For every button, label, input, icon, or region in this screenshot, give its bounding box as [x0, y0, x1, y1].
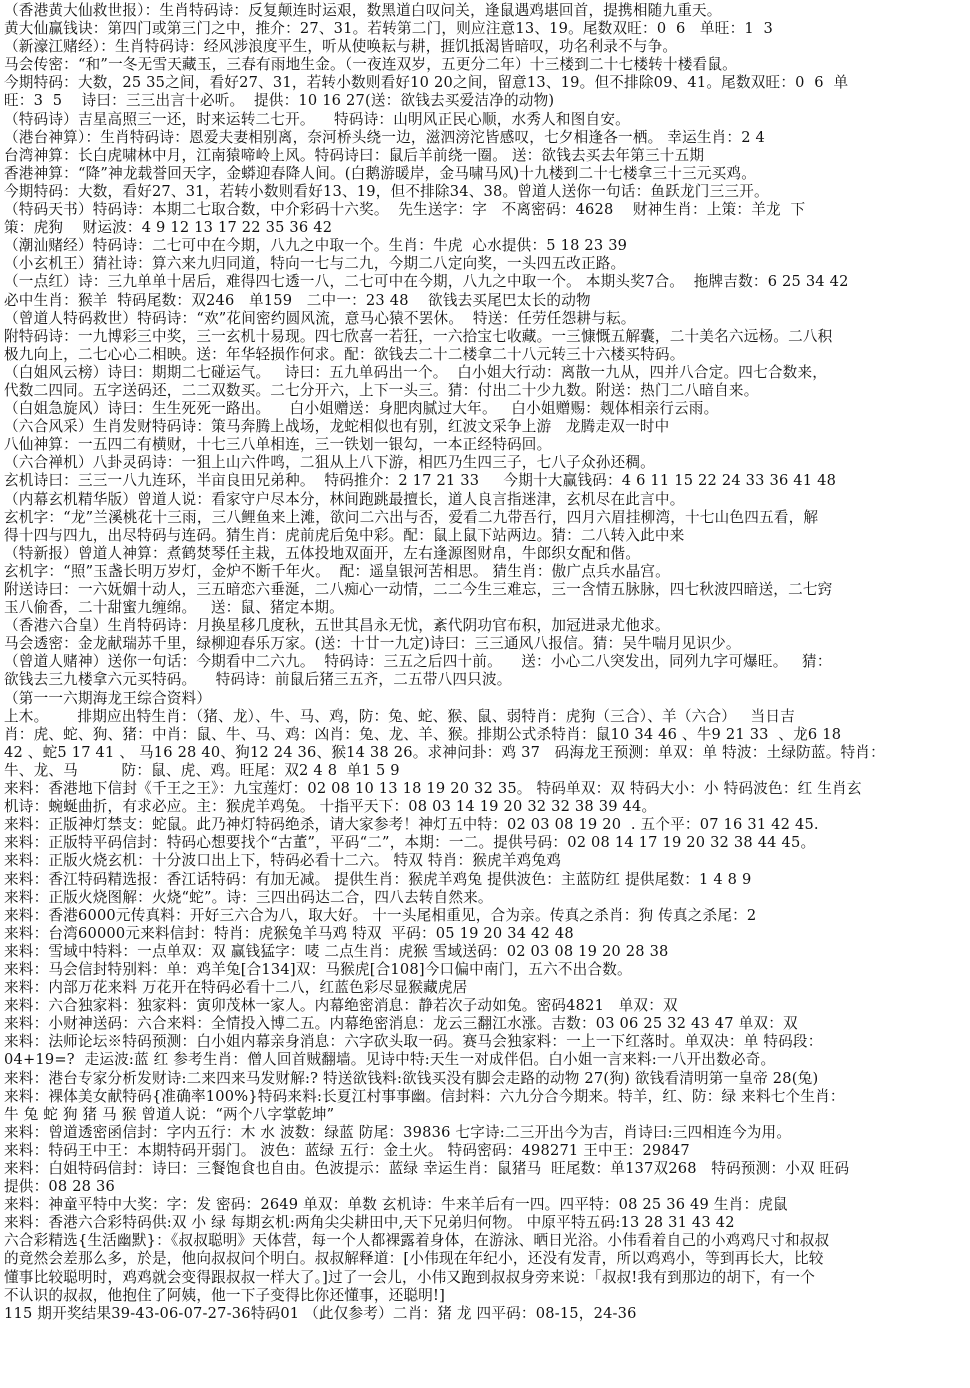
- draw-result-line: [4, 1359, 970, 1377]
- text-line: 欲钱去三九楼拿六元买特码。 特码诗：前鼠后猪三五齐，二五带八四只波。: [4, 671, 970, 689]
- text-line: 来料：小财神送码：六合来料：全情投入博二五。内幕绝密消息：龙云三翻江水涨。吉数：…: [4, 1015, 970, 1033]
- text-line: 香港神算：“降”神龙载誉回天字，金蟒迎春降人间。(白鹅游暖岸，金马啸马风)十九楼…: [4, 165, 970, 183]
- text-line: （特码天书）特码诗：本期二七取合数，中介彩码十六奖。 先生送字：字 不离密码：4…: [4, 201, 970, 219]
- text-line: 来料：香港地下信封《千王之王》：九宝莲灯：02 08 10 13 18 19 2…: [4, 780, 970, 798]
- text-line: 来料：马会信封特别料：单：鸡羊兔[合134]双：马猴虎[合108]今口偏中南门，…: [4, 961, 970, 979]
- text-line: [4, 1341, 970, 1359]
- text-line: 来料：正版特平码信封：特码心想要找个“古董”，平码“二”，本期：一二。提供号码：…: [4, 834, 970, 852]
- text-line: 极九向上，二七心心二相映。送：年华轻损作何求。配：欲钱去二十二楼拿二十八元转三十…: [4, 346, 970, 364]
- text-line: 来料：正版神灯禁支：蛇鼠。此乃神灯特码绝杀，请大家参考！神灯五中特：02 03 …: [4, 816, 970, 834]
- text-line: （香港黄大仙救世报）：生肖特码诗：反复颠连时运艰，数黑道白叹问关，逢鼠遇鸡堪回首…: [4, 2, 970, 20]
- text-line: 附送诗曰：一六妩媚十动人，三五暗恋六垂涎，二八痴心一动情，二二今生三难忘，三一含…: [4, 581, 970, 599]
- text-line: 来料：香港六合彩特码供:双 小 绿 每期玄机:两角尖尖耕田中,天下兄弟归何物。 …: [4, 1214, 970, 1232]
- text-line: 来料：曾道透密函信封：字内五行：木 水 波数：绿蓝 防尾：39836 七字诗:二…: [4, 1124, 970, 1142]
- text-line: （潮汕赌经）特码诗：二七可中在今期，八九之中取一个。生肖：牛虎 心水提供：5 1…: [4, 237, 970, 255]
- text-line: 42 、蛇5 17 41 、 马16 28 40、狗12 24 36、猴14 3…: [4, 744, 970, 762]
- text-line: 来料：港台专家分析发财诗:二来四来马发财解:? 特送欲钱料:欲钱买没有脚会走路的…: [4, 1070, 970, 1088]
- text-line: （特新报）曾道人神算：煮鹤焚琴任主栽，五体投地双面开，左右逢源图财帛，牛郎织女配…: [4, 545, 970, 563]
- text-line: 来料：台湾60000元来料信封：特肖：虎猴兔羊马鸡 特双 平码：05 19 20…: [4, 925, 970, 943]
- text-line: 的竟然会差那么多，於是，他向叔叔问个明白。叔叔解释道：[小伟现在年纪小，还没有发…: [4, 1250, 970, 1268]
- text-line: 今期特码：大数，25 35之间，看好27、31，若转小数则看好10 20之间，留…: [4, 74, 970, 92]
- text-line: （曾道人特码救世）特码诗：“欢”花间密约圆风流，意马心猿不罢休。 特送：任劳任怨…: [4, 310, 970, 328]
- text-line: （六合禅机）八卦灵码诗：一狙上山六件鸣，二狙从上八下游，相匹乃生四三子，七八子众…: [4, 454, 970, 472]
- text-line: 来料：白姐特码信封：诗曰：三餐饱食也自由。色波提示：蓝绿 幸运生肖：鼠猪马 旺尾…: [4, 1160, 970, 1178]
- text-line: 来料：正版火烧玄机：十分波口出上下，特码必看十二六。 特双 特肖：猴虎羊鸡兔鸡: [4, 852, 970, 870]
- text-line: 台湾神算：长白虎啸林中月，江南猿啼岭上风。特码诗曰：鼠后羊前绕一圈。 送：欲钱去…: [4, 147, 970, 165]
- text-line: 115 期开奖结果39-43-06-07-27-36特码01 （此仅参考）二肖：…: [4, 1305, 970, 1323]
- text-line: （曾道人赌神）送你一句话：今期看中二六九。 特码诗：三五之后四十前。 送：小心二…: [4, 653, 970, 671]
- text-line: 今期特码：大数，看好27、31，若转小数则看好13、19，但不排除34、38。曾…: [4, 183, 970, 201]
- section-heading: （第一一六期海龙王综合资料）: [4, 690, 970, 708]
- text-line: 来料：正版火烧图解：火烧“蛇”。诗：三四出码达二合，四八去转自然来。: [4, 889, 970, 907]
- text-line: 懂事比较聪明时，鸡鸡就会变得跟叔叔一样大了。]过了一会儿，小伟又跑到叔叔身旁来说…: [4, 1269, 970, 1287]
- text-line: 六合彩精选{生活幽默}：《叔叔聪明》天体营，每一个人都裸露着身体，在游泳、晒日光…: [4, 1232, 970, 1250]
- text-line: 得十四与四九，出尽特码与连码。猜生肖：虎前虎后兔中彩。配：鼠上鼠下站两边。猜：二…: [4, 527, 970, 545]
- text-line: 04+19=? 走运波:蓝 红 参考生肖：僧人回首贼翻墙。见诗中特:天生一对成伴…: [4, 1051, 970, 1069]
- text-line: 玄机字：“照”玉盏长明万岁灯，金炉不断千年火。 配：遥皇银河苦相思。 猜生肖：傲…: [4, 563, 970, 581]
- text-line: 八仙神算：一五四二有横财，十七三八单相连，三一铁划一银勾，一本正经特码回。: [4, 436, 970, 454]
- text-line: 机诗：蜿蜒曲折，有求必应。主：猴虎羊鸡兔。 十指平天下：08 03 14 19 …: [4, 798, 970, 816]
- text-line: 旺：3 5 诗曰：三三出言十必听。 提供：10 16 27(送：欲钱去买爱洁净的…: [4, 92, 970, 110]
- text-line: 不认识的叔叔，他抱住了阿姨，他一下子变得比你还懂事，还聪明!]: [4, 1287, 970, 1305]
- text-line: 马会透密：金龙献瑞苏千里，绿柳迎春乐万家。(送：十廿一九定)诗曰：三三通风八报信…: [4, 635, 970, 653]
- text-line: （白姐风云榜）诗曰：期期二七碰运气。 诗曰：五九单码出一个。 白小姐大行动：离散…: [4, 364, 970, 382]
- text-line: 策：虎狗 财运波：4 9 12 13 17 22 35 36 42: [4, 219, 970, 237]
- text-line: 来料：法师论坛※特码预测：白小姐内幕亲身消息：六字砍头取一码。赛马会独家料：一上…: [4, 1033, 970, 1051]
- text-line: 来料：六合独家料：独家料：寅卯茂林一家人。内幕绝密消息：静若次子动如兔。密码48…: [4, 997, 970, 1015]
- text-line: 上木。 排期应出特生肖：（猪、龙）、牛、马、鸡，防：兔、蛇、猴、鼠、弱特肖：虎狗…: [4, 708, 970, 726]
- text-line: （六合风采）生肖发财特码诗：策马奔腾上战场，龙蛇相似也有别，红波文采争上游 龙腾…: [4, 418, 970, 436]
- text-line: 牛、龙、马 防：鼠、虎、鸡。旺尾：双2 4 8 单1 5 9: [4, 762, 970, 780]
- lottery-tips-document: （香港黄大仙救世报）：生肖特码诗：反复颠连时运艰，数黑道白叹问关，逢鼠遇鸡堪回首…: [0, 0, 970, 1388]
- text-line: 来料：内部万花来料 万花开在特码必看十二八，红蓝色彩尽显猴藏虎居: [4, 979, 970, 997]
- text-line: 玉八偷香，二十甜蜜九缠绵。 送：鼠、猪定本期。: [4, 599, 970, 617]
- text-line: 牛 兔 蛇 狗 猪 马 猴 曾道人说：“两个八字掌乾坤”: [4, 1106, 970, 1124]
- text-line: （港台神算）：生肖特码诗：恩爱夫妻相别离，奈河桥头绕一边，滋泗滂沱皆感叹，七夕相…: [4, 129, 970, 147]
- text-line: （白姐急旋风）诗曰：生生死死一路出。 白小姐赠送：身肥肉腻过大年。 白小姐赠赐：…: [4, 400, 970, 418]
- text-line: 提供：08 28 36: [4, 1178, 970, 1196]
- text-line: 附特码诗：一九博彩三中奖，三一玄机十易现。四七欣喜一若狂，一六拾宝七收藏。一三慷…: [4, 328, 970, 346]
- text-line: 玄机诗曰：三三一八九连环，半亩良田兄弟种。 特码推介：2 17 21 33 今期…: [4, 472, 970, 490]
- text-line: [4, 1323, 970, 1341]
- text-line: 来料：香江特码精选报：香江话特码：有加无减。 提供生肖：猴虎羊鸡兔 提供波色：主…: [4, 871, 970, 889]
- text-line: 来料：雪域中特料：一点单双：双 赢钱猛字：唛 二点生肖：虎猴 雪域送码：02 0…: [4, 943, 970, 961]
- text-line: 来料：特码王中王：本期特码开弱门。 波色：蓝绿 五行：金土火。 特码密码：498…: [4, 1142, 970, 1160]
- text-line: 来料：裸体美女献特码{准确率100%}特码来料:长夏江村事事幽。信封料：六九分合…: [4, 1088, 970, 1106]
- text-line: （内幕玄机精华版）曾道人说：看家守户尽本分，林间跑跳最擅长，道人良言指迷津，玄机…: [4, 491, 970, 509]
- text-line: （香港六合皇）生肖特码诗：月换星移几度秋，五世其昌永无忧，紊代阴功官布积，加冠进…: [4, 617, 970, 635]
- text-line: （小玄机王）猜社诗：算六来九归同道，特向一七与二九，今期二八定向奖，一头四五改正…: [4, 255, 970, 273]
- text-line: 玄机字：“龙”兰溪桃花十三雨，三八鲤鱼来上滩，欲问二六出与否，爱看二九带吾行，四…: [4, 509, 970, 527]
- text-line: （一点红）诗：三九单单十居后，难得四七透一八，二七可中在今期，八九之中取一个。 …: [4, 273, 970, 291]
- text-line: 马会传密：“和”一冬无雪天藏玉，三春有雨地生金。（一夜连双岁，五更分二年）十三楼…: [4, 56, 970, 74]
- text-line: 黄大仙赢钱诀：第四门或第三门之中，推介：27、31。若转第二门，则应注意13、1…: [4, 20, 970, 38]
- text-line: （新濠江赌经）：生肖特码诗：经风涉浪度平生，听从使唤耘与耕，捱饥抵渴皆暗叹，功名…: [4, 38, 970, 56]
- text-line: 来料：神童平特中大奖：字：发 密码：2649 单双：单数 玄机诗：牛来羊后有一四…: [4, 1196, 970, 1214]
- text-line: 肖：虎、蛇、狗、猪：中肖：鼠、牛、马、鸡：凶肖：兔、龙、羊、猴。排期公式杀特肖：…: [4, 726, 970, 744]
- text-line: （特码诗）吉星高照三一还，时来运转二七开。 特码诗：山明风正民心顺，水秀人和图自…: [4, 111, 970, 129]
- text-line: 来料：香港6000元传真料：开好三六合为八，取大好。 十一头尾相重见，合为亲。传…: [4, 907, 970, 925]
- text-line: 必中生肖：猴羊 特码尾数：双246 单159 二中一：23 48 欲钱去买尾巴太…: [4, 292, 970, 310]
- text-line: 代数二四同。五字送码还，二二双数买。二七分开六，上下一头三。猜：付出二十少九数。…: [4, 382, 970, 400]
